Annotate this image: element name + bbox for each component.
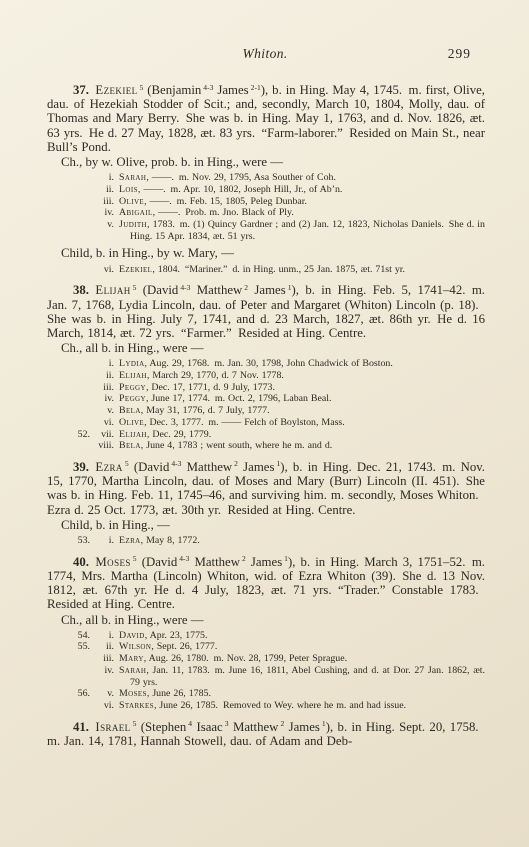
- person-name: Lois: [119, 184, 138, 195]
- child-sequence-number: [60, 665, 95, 688]
- child-text: Peggy, June 17, 1774. m. Oct. 2, 1796, L…: [119, 393, 485, 405]
- text-run: (David: [137, 555, 178, 569]
- child-row: i.Sarah, ——. m. Nov. 29, 1795, Asa South…: [60, 172, 485, 184]
- person-name: Ezra: [95, 460, 122, 474]
- child-roman-numeral: i.: [95, 172, 114, 184]
- generation-superscript: 2: [234, 459, 238, 468]
- text-run: , Aug. 26, 1780. m. Nov. 28, 1799, Peter…: [144, 653, 347, 664]
- page-number: 299: [448, 46, 471, 62]
- text-run: James: [238, 460, 274, 474]
- generation-superscript: 4: [188, 719, 192, 728]
- child-row: vi.Starkes, June 26, 1785. Removed to We…: [60, 700, 485, 712]
- text-run: Isaac: [192, 720, 223, 734]
- child-text: Sarah, Jan. 11, 1783. m. June 16, 1811, …: [119, 665, 485, 688]
- child-roman-numeral: vii.: [95, 429, 114, 441]
- child-row: iii.Mary, Aug. 26, 1780. m. Nov. 28, 179…: [60, 653, 485, 665]
- child-roman-numeral: iv.: [95, 393, 114, 405]
- child-roman-numeral: viii.: [95, 440, 114, 452]
- child-roman-numeral: iii.: [95, 382, 114, 394]
- child-row: vi.Ezekiel, 1804. “Mariner.” d. in Hing.…: [60, 264, 485, 276]
- child-roman-numeral: v.: [95, 405, 114, 417]
- entry-41-paragraph: 41. Israel5 (Stephen4 Isaac3 Matthew2 Ja…: [47, 720, 485, 748]
- person-name: Lydia: [119, 358, 145, 369]
- child-sequence-number: [60, 184, 95, 196]
- child-sequence-number: 53.: [60, 535, 95, 547]
- text-run: Matthew: [190, 283, 242, 297]
- text-run: Matthew: [189, 555, 240, 569]
- text-run: , Jan. 11, 1783. m. June 16, 1811, Abel …: [130, 665, 485, 688]
- text-run: James: [284, 720, 320, 734]
- generation-superscript: 4-3: [203, 83, 213, 92]
- child-text: Judith, 1783. m. (1) Quincy Gardner ; an…: [119, 219, 485, 242]
- child-roman-numeral: iii.: [95, 196, 114, 208]
- generation-superscript: 2: [244, 283, 248, 292]
- text-run: , Sept. 26, 1777.: [151, 641, 217, 652]
- running-title: Whiton.: [243, 46, 288, 62]
- child-sequence-number: 55.: [60, 641, 95, 653]
- child-text: Moses, June 26, 1785.: [119, 688, 485, 700]
- child-row: 55.ii.Wilson, Sept. 26, 1777.: [60, 641, 485, 653]
- person-name: Olive: [119, 417, 144, 428]
- generation-superscript: 1: [288, 283, 292, 292]
- child-sequence-number: 54.: [60, 630, 95, 642]
- person-name: Israel: [95, 720, 130, 734]
- generation-superscript: 4-3: [180, 283, 190, 292]
- generation-superscript: 5: [133, 554, 137, 563]
- generation-superscript: 5: [140, 83, 144, 92]
- child-row: iv.Abigail, ——. Prob. m. Jno. Black of P…: [60, 207, 485, 219]
- child-roman-numeral: ii.: [95, 370, 114, 382]
- child-row: 52.vii.Elijah, Dec. 29, 1779.: [60, 429, 485, 441]
- person-name: Ezra: [119, 535, 141, 546]
- person-name: Elijah: [119, 429, 147, 440]
- person-name: David: [119, 630, 145, 641]
- page-header: Whiton. 299: [47, 46, 485, 62]
- child-roman-numeral: vi.: [95, 700, 114, 712]
- generation-superscript: 1: [322, 719, 326, 728]
- entry-37-children-intro-olive: Ch., by w. Olive, prob. b. in Hing., wer…: [61, 155, 485, 169]
- child-text: Abigail, ——. Prob. m. Jno. Black of Ply.: [119, 207, 485, 219]
- entry-40-paragraph: 40. Moses5 (David4-3 Matthew2 James1), b…: [47, 555, 485, 612]
- child-sequence-number: [60, 264, 95, 276]
- child-text: Starkes, June 26, 1785. Removed to Wey. …: [119, 700, 485, 712]
- text-run: , June 26, 1785.: [147, 688, 211, 699]
- entry-38-children-list: i.Lydia, Aug. 29, 1768. m. Jan. 30, 1798…: [47, 358, 485, 452]
- child-text: Mary, Aug. 26, 1780. m. Nov. 28, 1799, P…: [119, 653, 485, 665]
- entry-37-children-list-olive: i.Sarah, ——. m. Nov. 29, 1795, Asa South…: [47, 172, 485, 242]
- text-run: Matthew: [181, 460, 232, 474]
- entry-37-children-intro-mary: Child, b. in Hing., by w. Mary, —: [61, 246, 485, 260]
- person-name: Bela: [119, 440, 141, 451]
- text-run: , Aug. 29, 1768. m. Jan. 30, 1798, John …: [145, 358, 393, 369]
- child-text: Lydia, Aug. 29, 1768. m. Jan. 30, 1798, …: [119, 358, 485, 370]
- child-sequence-number: [60, 219, 95, 242]
- text-run: Matthew: [229, 720, 279, 734]
- child-roman-numeral: iii.: [95, 653, 114, 665]
- child-text: Ezekiel, 1804. “Mariner.” d. in Hing. un…: [119, 264, 485, 276]
- child-text: Bela, June 4, 1783 ; went south, where h…: [119, 440, 485, 452]
- generation-superscript: 5: [125, 459, 129, 468]
- text-run: (David: [129, 460, 170, 474]
- entry-37-children-list-mary: vi.Ezekiel, 1804. “Mariner.” d. in Hing.…: [47, 264, 485, 276]
- person-name: Elijah: [95, 283, 130, 297]
- entry-number: 39.: [73, 460, 89, 474]
- child-roman-numeral: i.: [95, 535, 114, 547]
- person-name: Peggy: [119, 382, 146, 393]
- person-name: Olive: [119, 196, 144, 207]
- text-run: , ——. m. Nov. 29, 1795, Asa Souther of C…: [146, 172, 336, 183]
- person-name: Moses: [95, 555, 130, 569]
- child-sequence-number: [60, 370, 95, 382]
- text-run: , Dec. 17, 1771, d. 9 July, 1773.: [146, 382, 275, 393]
- child-row: i.Lydia, Aug. 29, 1768. m. Jan. 30, 1798…: [60, 358, 485, 370]
- generation-superscript: 2: [280, 719, 284, 728]
- child-roman-numeral: v.: [95, 219, 114, 242]
- text-run: (Benjamin: [143, 83, 201, 97]
- text-run: , 1804. “Mariner.” d. in Hing. unm., 25 …: [152, 264, 405, 275]
- book-page: Whiton. 299 37. Ezekiel5 (Benjamin4-3 Ja…: [0, 0, 529, 847]
- text-run: , June 26, 1785. Removed to Wey. where h…: [154, 700, 406, 711]
- person-name: Judith: [119, 219, 147, 230]
- child-sequence-number: [60, 172, 95, 184]
- person-name: Ezekiel: [95, 83, 137, 97]
- entry-40-children-list: 54.i.David, Apr. 23, 1775.55.ii.Wilson, …: [47, 630, 485, 712]
- child-row: 53.i.Ezra, May 8, 1772.: [60, 535, 485, 547]
- text-run: , Apr. 23, 1775.: [145, 630, 208, 641]
- entry-41: 41. Israel5 (Stephen4 Isaac3 Matthew2 Ja…: [47, 720, 485, 748]
- child-text: Elijah, Dec. 29, 1779.: [119, 429, 485, 441]
- generation-superscript: 1: [284, 554, 288, 563]
- child-sequence-number: [60, 440, 95, 452]
- child-text: Lois, ——. m. Apr. 10, 1802, Joseph Hill,…: [119, 184, 485, 196]
- entry-37: 37. Ezekiel5 (Benjamin4-3 James2-1), b. …: [47, 83, 485, 275]
- text-run: , Dec. 3, 1777. m. —— Felch of Boylston,…: [144, 417, 345, 428]
- child-roman-numeral: iv.: [95, 207, 114, 219]
- person-name: Mary: [119, 653, 144, 664]
- child-row: viii.Bela, June 4, 1783 ; went south, wh…: [60, 440, 485, 452]
- generation-superscript: 3: [225, 719, 229, 728]
- generation-superscript: 2-1: [251, 83, 261, 92]
- child-sequence-number: 56.: [60, 688, 95, 700]
- text-run: , May 8, 1772.: [141, 535, 200, 546]
- child-text: David, Apr. 23, 1775.: [119, 630, 485, 642]
- person-name: Bela: [119, 405, 141, 416]
- entry-number: 38.: [73, 283, 89, 297]
- person-name: Moses: [119, 688, 147, 699]
- child-row: vi.Olive, Dec. 3, 1777. m. —— Felch of B…: [60, 417, 485, 429]
- entry-number: 37.: [73, 83, 89, 97]
- person-name: Sarah: [119, 172, 146, 183]
- child-roman-numeral: v.: [95, 688, 114, 700]
- generation-superscript: 2: [242, 554, 246, 563]
- child-roman-numeral: iv.: [95, 665, 114, 688]
- entry-37-paragraph: 37. Ezekiel5 (Benjamin4-3 James2-1), b. …: [47, 83, 485, 154]
- entry-38: 38. Elijah5 (David4-3 Matthew2 James1), …: [47, 283, 485, 452]
- child-sequence-number: [60, 405, 95, 417]
- text-run: James: [248, 283, 286, 297]
- child-sequence-number: 52.: [60, 429, 95, 441]
- text-run: , March 29, 1770, d. 7 Nov. 1778.: [147, 370, 284, 381]
- child-text: Ezra, May 8, 1772.: [119, 535, 485, 547]
- child-sequence-number: [60, 358, 95, 370]
- child-row: ii.Elijah, March 29, 1770, d. 7 Nov. 177…: [60, 370, 485, 382]
- generation-superscript: 1: [276, 459, 280, 468]
- person-name: Peggy: [119, 393, 146, 404]
- child-roman-numeral: i.: [95, 358, 114, 370]
- child-sequence-number: [60, 700, 95, 712]
- text-run: , May 31, 1776, d. 7 July, 1777.: [141, 405, 270, 416]
- child-row: 56.v.Moses, June 26, 1785.: [60, 688, 485, 700]
- entry-40: 40. Moses5 (David4-3 Matthew2 James1), b…: [47, 555, 485, 712]
- text-run: , Dec. 29, 1779.: [147, 429, 211, 440]
- text-run: , June 17, 1774. m. Oct. 2, 1796, Laban …: [146, 393, 332, 404]
- child-text: Olive, ——. m. Feb. 15, 1805, Peleg Dunba…: [119, 196, 485, 208]
- text-run: , June 4, 1783 ; went south, where he m.…: [141, 440, 332, 451]
- person-name: Elijah: [119, 370, 147, 381]
- generation-superscript: 4-3: [179, 554, 189, 563]
- child-text: Elijah, March 29, 1770, d. 7 Nov. 1778.: [119, 370, 485, 382]
- person-name: Wilson: [119, 641, 151, 652]
- entry-39-children-list: 53.i.Ezra, May 8, 1772.: [47, 535, 485, 547]
- person-name: Abigail: [119, 207, 153, 218]
- person-name: Sarah: [119, 665, 146, 676]
- text-run: (Stephen: [136, 720, 186, 734]
- entry-39-paragraph: 39. Ezra5 (David4-3 Matthew2 James1), b.…: [47, 460, 485, 517]
- child-row: ii.Lois, ——. m. Apr. 10, 1802, Joseph Hi…: [60, 184, 485, 196]
- child-row: iii.Olive, ——. m. Feb. 15, 1805, Peleg D…: [60, 196, 485, 208]
- child-row: iv.Peggy, June 17, 1774. m. Oct. 2, 1796…: [60, 393, 485, 405]
- child-sequence-number: [60, 382, 95, 394]
- text-run: (David: [136, 283, 178, 297]
- child-text: Bela, May 31, 1776, d. 7 July, 1777.: [119, 405, 485, 417]
- text-run: , 1783. m. (1) Quincy Gardner ; and (2) …: [130, 219, 485, 242]
- child-row: iv.Sarah, Jan. 11, 1783. m. June 16, 181…: [60, 665, 485, 688]
- entry-number: 41.: [73, 720, 89, 734]
- entry-39: 39. Ezra5 (David4-3 Matthew2 James1), b.…: [47, 460, 485, 547]
- text-run: James: [246, 555, 282, 569]
- child-roman-numeral: ii.: [95, 641, 114, 653]
- child-roman-numeral: vi.: [95, 417, 114, 429]
- child-sequence-number: [60, 417, 95, 429]
- child-roman-numeral: vi.: [95, 264, 114, 276]
- child-row: iii.Peggy, Dec. 17, 1771, d. 9 July, 177…: [60, 382, 485, 394]
- person-name: Starkes: [119, 700, 154, 711]
- child-row: v.Judith, 1783. m. (1) Quincy Gardner ; …: [60, 219, 485, 242]
- text-run: James: [213, 83, 248, 97]
- child-sequence-number: [60, 393, 95, 405]
- child-roman-numeral: i.: [95, 630, 114, 642]
- text-run: , ——. m. Feb. 15, 1805, Peleg Dunbar.: [144, 196, 307, 207]
- child-sequence-number: [60, 653, 95, 665]
- entry-38-children-intro: Ch., all b. in Hing., were —: [61, 341, 485, 355]
- person-name: Ezekiel: [119, 264, 152, 275]
- entry-39-children-intro: Child, b. in Hing., —: [61, 518, 485, 532]
- entry-38-paragraph: 38. Elijah5 (David4-3 Matthew2 James1), …: [47, 283, 485, 340]
- child-text: Sarah, ——. m. Nov. 29, 1795, Asa Souther…: [119, 172, 485, 184]
- entry-40-children-intro: Ch., all b. in Hing., were —: [61, 613, 485, 627]
- text-run: , ——. m. Apr. 10, 1802, Joseph Hill, Jr.…: [138, 184, 342, 195]
- child-text: Olive, Dec. 3, 1777. m. —— Felch of Boyl…: [119, 417, 485, 429]
- generation-superscript: 5: [133, 283, 137, 292]
- child-row: 54.i.David, Apr. 23, 1775.: [60, 630, 485, 642]
- child-text: Peggy, Dec. 17, 1771, d. 9 July, 1773.: [119, 382, 485, 394]
- text-run: , ——. Prob. m. Jno. Black of Ply.: [153, 207, 294, 218]
- child-sequence-number: [60, 207, 95, 219]
- entry-number: 40.: [73, 555, 89, 569]
- generation-superscript: 5: [133, 719, 137, 728]
- child-text: Wilson, Sept. 26, 1777.: [119, 641, 485, 653]
- child-roman-numeral: ii.: [95, 184, 114, 196]
- child-sequence-number: [60, 196, 95, 208]
- child-row: v.Bela, May 31, 1776, d. 7 July, 1777.: [60, 405, 485, 417]
- generation-superscript: 4-3: [171, 459, 181, 468]
